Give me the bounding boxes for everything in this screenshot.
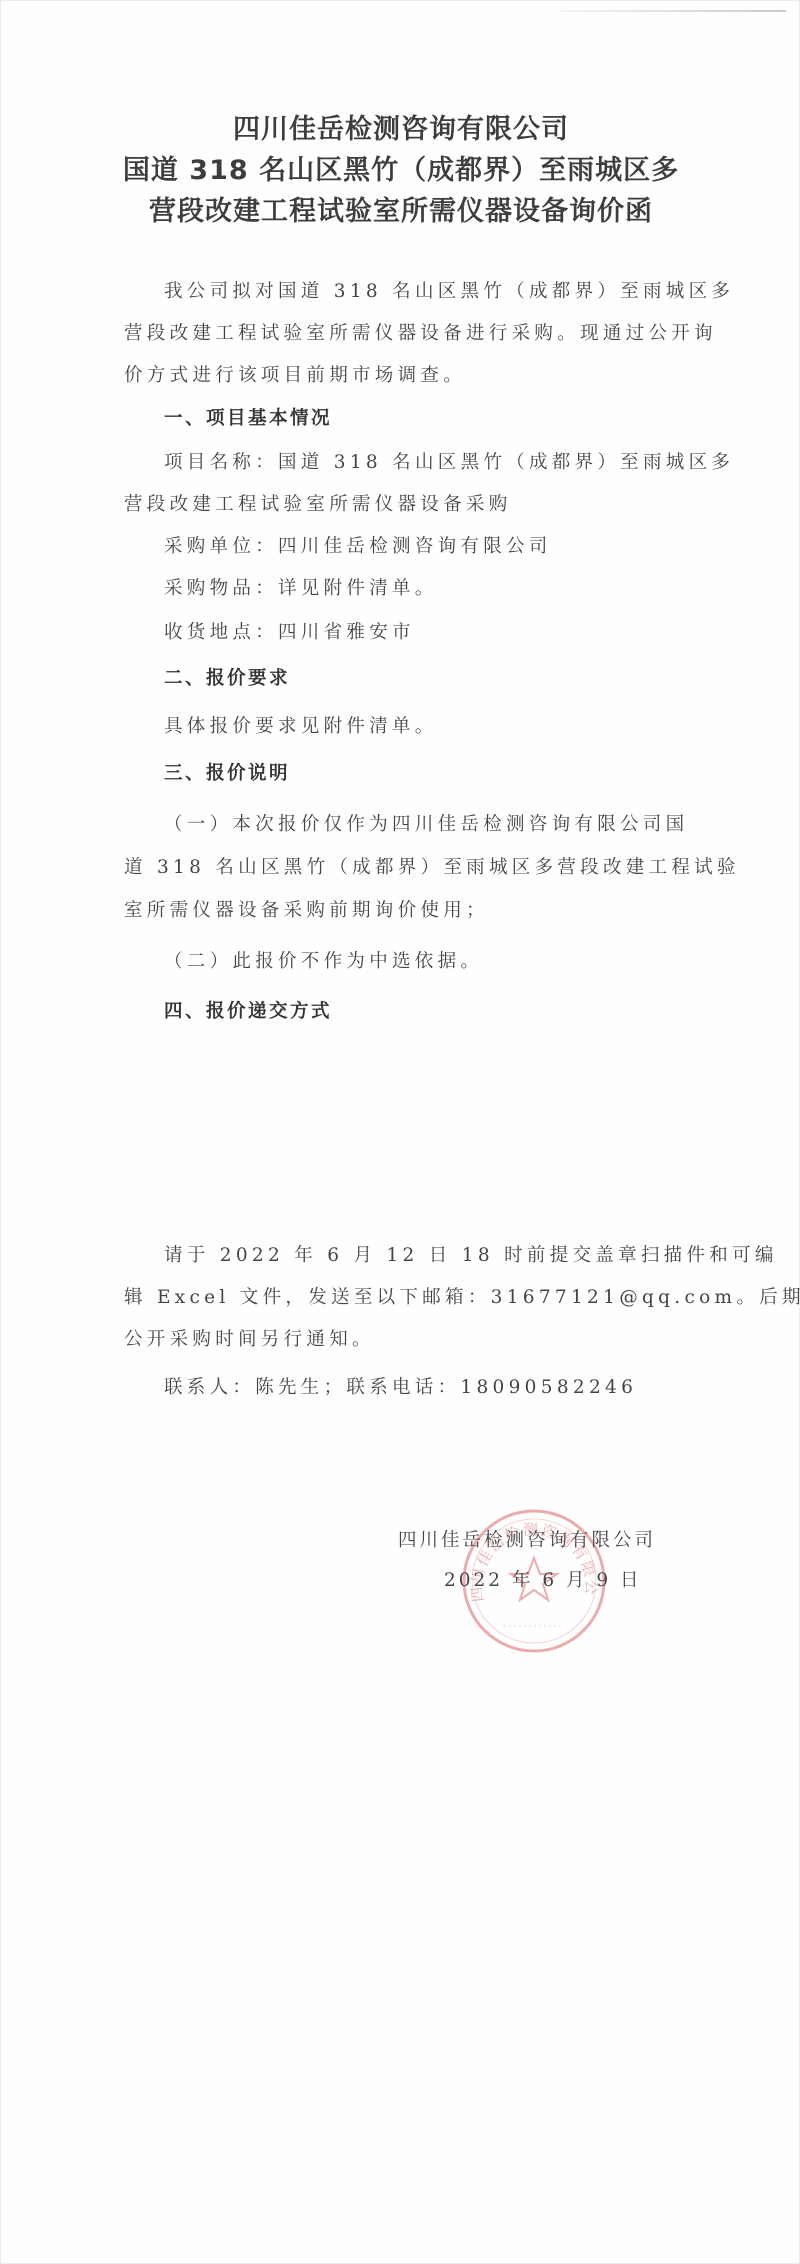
document-title-line-1: 国道 318 名山区黑竹（成都界）至雨城区多 xyxy=(1,148,800,187)
intro-line-1: 我公司拟对国道 318 名山区黑竹（成都界）至雨城区多 xyxy=(164,277,734,303)
intro-line-2: 营段改建工程试验室所需仪器设备进行采购。现通过公开询 xyxy=(124,319,717,345)
project-name-line-1: 项目名称：国道 318 名山区黑竹（成都界）至雨城区多 xyxy=(164,448,734,474)
quote-note-2: （二）此报价不作为中选依据。 xyxy=(164,947,483,973)
document-title-line-2: 营段改建工程试验室所需仪器设备询价函 xyxy=(1,189,800,228)
submission-line-3: 公开采购时间另行通知。 xyxy=(124,1325,375,1351)
section-2-heading: 二、报价要求 xyxy=(164,664,290,690)
section-4-heading: 四、报价递交方式 xyxy=(164,997,332,1023)
purchaser-line: 采购单位：四川佳岳检测咨询有限公司 xyxy=(164,532,552,558)
company-title: 四川佳岳检测咨询有限公司 xyxy=(1,107,800,146)
quote-note-1-line-1: （一）本次报价仅作为四川佳岳检测咨询有限公司国 xyxy=(164,810,688,836)
quote-note-1-line-3: 室所需仪器设备采购前期询价使用； xyxy=(124,896,489,922)
signature-company: 四川佳岳检测咨询有限公司 xyxy=(398,1526,656,1552)
contact-line: 联系人：陈先生；联系电话：18090582246 xyxy=(164,1373,637,1399)
submission-line-1: 请于 2022 年 6 月 12 日 18 时前提交盖章扫描件和可编 xyxy=(164,1241,778,1267)
intro-line-3: 价方式进行该项目前期市场调查。 xyxy=(124,361,466,387)
document-page: 四川佳岳检测咨询有限公司 国道 318 名山区黑竹（成都界）至雨城区多 营段改建… xyxy=(0,0,800,2264)
project-name-line-2: 营段改建工程试验室所需仪器设备采购 xyxy=(124,490,512,516)
signature-date: 2022 年 6 月 9 日 xyxy=(444,1566,642,1592)
delivery-line: 收货地点：四川省雅安市 xyxy=(164,618,415,644)
items-line: 采购物品：详见附件清单。 xyxy=(164,574,438,600)
scan-artifact xyxy=(561,10,786,12)
section-2-body: 具体报价要求见附件清单。 xyxy=(164,712,438,738)
section-1-heading: 一、项目基本情况 xyxy=(164,404,332,430)
submission-line-2: 辑 Excel 文件，发送至以下邮箱：31677121@qq.com。后期 xyxy=(124,1283,800,1309)
section-3-heading: 三、报价说明 xyxy=(164,759,290,785)
quote-note-1-line-2: 道 318 名山区黑竹（成都界）至雨城区多营段改建工程试验 xyxy=(124,853,740,879)
